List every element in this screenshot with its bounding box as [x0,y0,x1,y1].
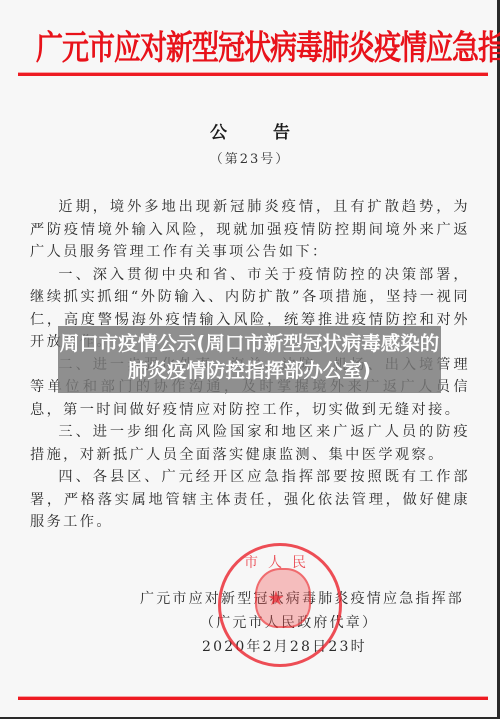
signature-block: 广元市应对新型冠状病毒肺炎疫情应急指挥部 （广元市人民政府代章） 2020年2月… [140,587,480,659]
document-page: 广元市应对新型冠状病毒肺炎疫情应急指挥部 公告 （第23号） 近期，境外多地出现… [0,0,500,719]
caption-overlay: 周口市疫情公示(周口市新型冠状病毒感染的肺炎疫情防控指挥部办公室) [58,326,441,393]
paragraph-item-3: 三、进一步细化高风险国家和地区来广返广人员的防疫措施，对新抵广人员全面落实健康监… [30,421,470,466]
signature-seal-note: （广元市人民政府代章） [140,611,480,635]
issuer-header: 广元市应对新型冠状病毒肺炎疫情应急指挥部 [36,20,468,69]
seal-text: 市人民 [221,552,339,572]
signature-datetime: 2020年2月28日23时 [140,635,480,659]
caption-text: 周口市疫情公示(周口市新型冠状病毒感染的肺炎疫情防控指挥部办公室) [58,330,441,384]
footer-divider [18,697,488,700]
paragraph-intro: 近期，境外多地出现新冠肺炎疫情，且有扩散趋势，为严防疫情境外输入风险，现就加强疫… [30,196,470,264]
notice-number: （第23号） [0,148,500,167]
signature-organization: 广元市应对新型冠状病毒肺炎疫情应急指挥部 [140,587,480,611]
notice-title: 公告 [0,118,500,143]
paragraph-item-4: 四、各县区、广元经开区应急指挥部要按照既有工作部署，严格落实属地管辖主体责任，强… [30,466,470,534]
header-divider [18,73,488,76]
